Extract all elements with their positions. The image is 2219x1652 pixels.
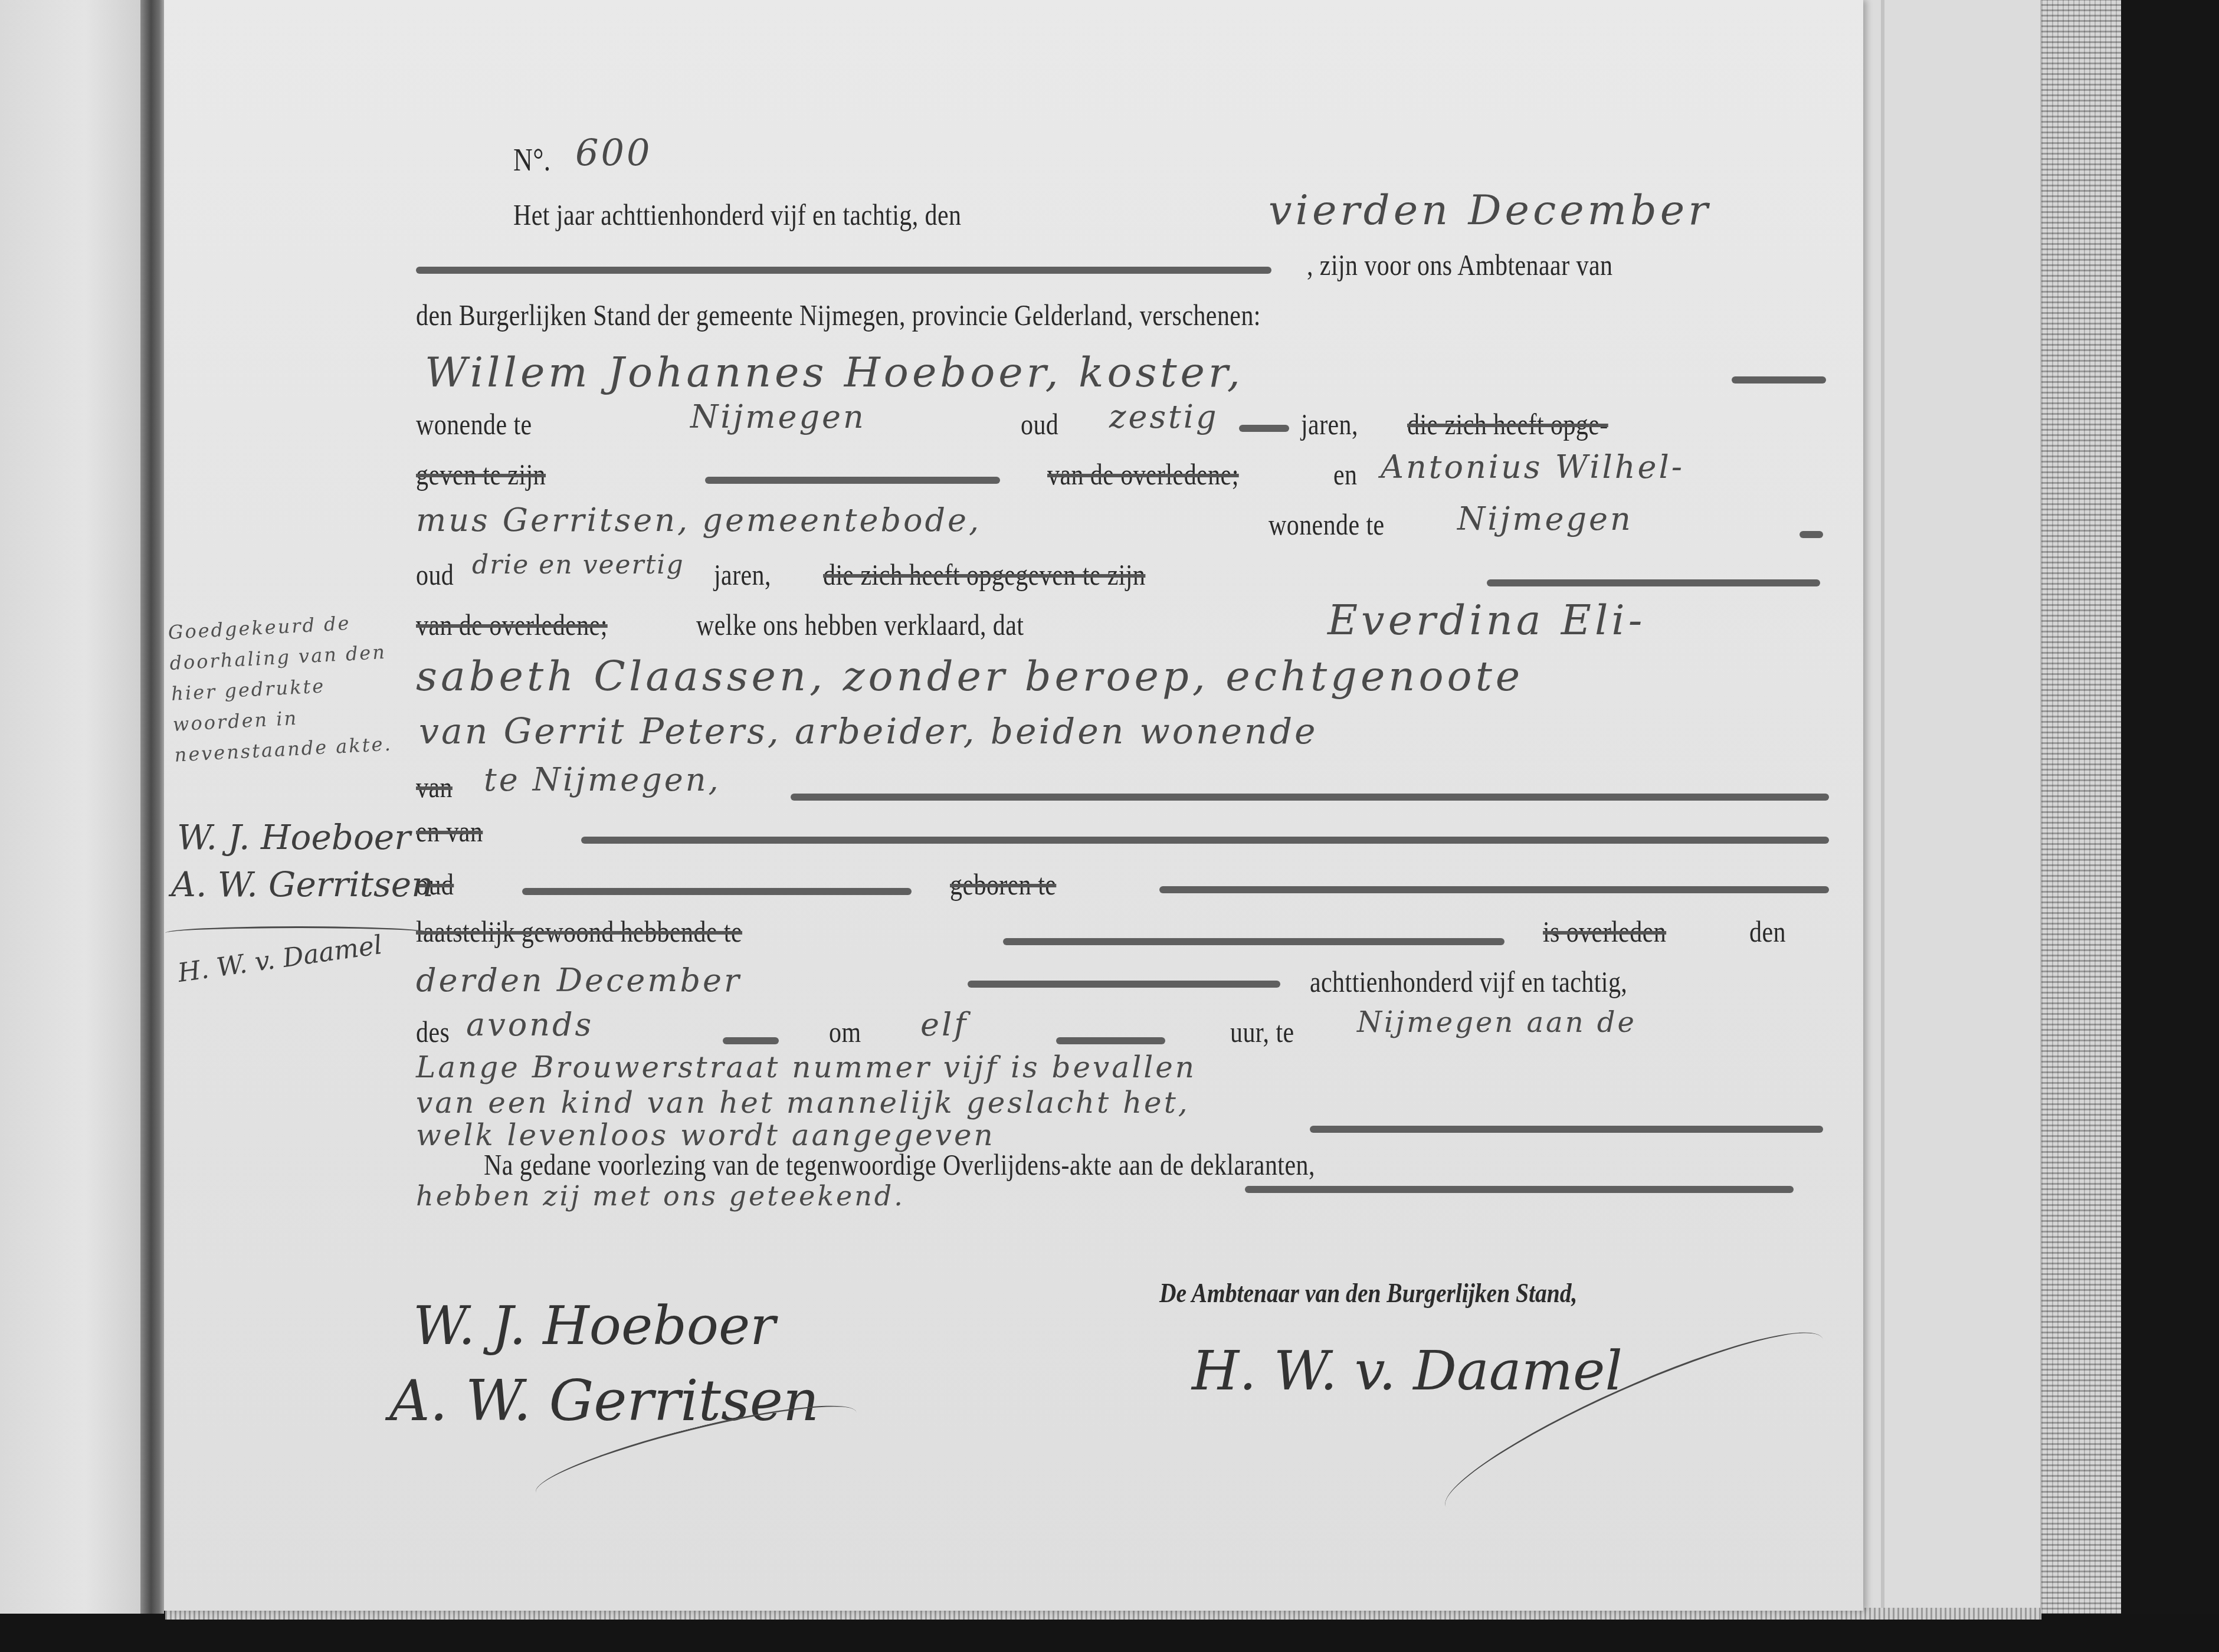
- declarant-2-name: Antonius Wilhel-: [1381, 448, 1684, 486]
- blank-rule: [968, 981, 1280, 988]
- margin-signature: W. J. Hoeboer: [177, 817, 411, 857]
- blank-rule: [1732, 376, 1826, 383]
- deceased-mother-name: Everdina Eli-: [1328, 596, 1646, 644]
- book-gutter: [140, 0, 164, 1617]
- declarant-2-age: drie en veertig: [472, 550, 684, 580]
- blank-rule: [1487, 579, 1820, 586]
- blank-rule: [1003, 938, 1505, 945]
- book-cover-board: [2121, 0, 2219, 1652]
- blank-rule: [705, 477, 1000, 484]
- margin-signature: A. W. Gerritsen: [171, 864, 434, 904]
- printed-text: oud: [1021, 407, 1058, 441]
- printed-text: Na gedane voorlezing van de tegenwoordig…: [484, 1148, 1315, 1182]
- printed-text: , zijn voor ons Ambtenaar van: [1307, 248, 1612, 282]
- declarant-2-residence: Nijmegen: [1457, 500, 1633, 537]
- signature-declarant-1: W. J. Hoeboer: [413, 1295, 775, 1357]
- record-number-label: N°.: [513, 142, 550, 178]
- official-title: De Ambtenaar van den Burgerlijken Stand,: [1159, 1277, 1578, 1309]
- parents-residence: te Nijmegen,: [484, 761, 721, 798]
- blank-rule: [1159, 886, 1829, 893]
- printed-text: des: [416, 1015, 450, 1049]
- signature-flourish: [165, 926, 431, 940]
- deceased-mother-name-cont: sabeth Claassen, zonder beroep, echtgeno…: [416, 652, 1523, 700]
- declarant-2-name-cont: mus Gerritsen, gemeentebode,: [416, 501, 981, 539]
- place-of-death: Nijmegen aan de: [1357, 1006, 1637, 1039]
- blank-rule: [791, 794, 1829, 801]
- struck-text: geven te zijn: [416, 457, 546, 491]
- struck-text: laatstelijk gewoond hebbende te: [416, 914, 742, 949]
- date-of-death: derden December: [416, 962, 742, 999]
- blank-rule: [416, 267, 1271, 274]
- struck-text: van de overledene;: [416, 608, 608, 642]
- record-number: 600: [575, 131, 652, 174]
- cloth-binding: [2041, 0, 2121, 1652]
- struck-text: die zich heeft opgegeven te zijn: [823, 558, 1145, 592]
- blank-rule: [723, 1037, 779, 1044]
- printed-text: welke ons hebben verklaard, dat: [696, 608, 1024, 642]
- signature-official: H. W. v. Daamel: [1192, 1339, 1623, 1402]
- struck-text: van: [416, 770, 453, 804]
- struck-text: van de overledene;: [1047, 457, 1239, 491]
- blank-rule: [1310, 1126, 1823, 1133]
- printed-text: oud: [416, 558, 454, 592]
- struck-text: die zich heeft opge-: [1407, 407, 1608, 441]
- blank-rule: [1239, 425, 1289, 432]
- printed-text: den Burgerlijken Stand der gemeente Nijm…: [416, 298, 1261, 332]
- margin-approval-note: Goedgekeurd de doorhaling van den hier g…: [167, 604, 422, 771]
- closing-statement: hebben zij met ons geteekend.: [416, 1180, 905, 1212]
- blank-rule: [1056, 1037, 1165, 1044]
- printed-text: jaren,: [714, 558, 771, 592]
- printed-text: den: [1749, 914, 1786, 949]
- blank-rule: [1800, 531, 1823, 538]
- declarant-1-name: Willem Johannes Hoeboer, koster,: [425, 348, 1244, 396]
- underlying-page-edge: [1861, 0, 2043, 1617]
- father-details: van Gerrit Peters, arbeider, beiden wone…: [419, 711, 1318, 752]
- blank-rule: [522, 888, 912, 895]
- blank-rule: [581, 837, 1829, 844]
- time-of-day: avonds: [466, 1006, 594, 1043]
- printed-text: jaren,: [1301, 407, 1358, 441]
- struck-text: is overleden: [1543, 914, 1666, 949]
- printed-text: wonende te: [1269, 507, 1385, 542]
- address-details: Lange Brouwerstraat nummer vijf is beval…: [416, 1050, 1197, 1084]
- struck-text: en van: [416, 814, 483, 848]
- printed-text: wonende te: [416, 407, 532, 441]
- printed-text: en: [1333, 457, 1357, 491]
- blank-rule: [1245, 1186, 1794, 1193]
- printed-text: achttienhonderd vijf en tachtig,: [1310, 965, 1627, 999]
- printed-text: uur, te: [1230, 1015, 1294, 1049]
- printed-text: Het jaar achttienhonderd vijf en tachtig…: [513, 198, 961, 232]
- child-details: van een kind van het mannelijk geslacht …: [416, 1086, 1190, 1120]
- declarant-1-age: zestig: [1109, 398, 1219, 435]
- date-of-declaration: vierden December: [1269, 186, 1712, 234]
- hour: elf: [920, 1006, 968, 1043]
- declarant-1-residence: Nijmegen: [690, 398, 866, 435]
- printed-text: om: [829, 1015, 861, 1049]
- facing-left-page: [0, 0, 142, 1617]
- struck-text: geboren te: [950, 867, 1056, 902]
